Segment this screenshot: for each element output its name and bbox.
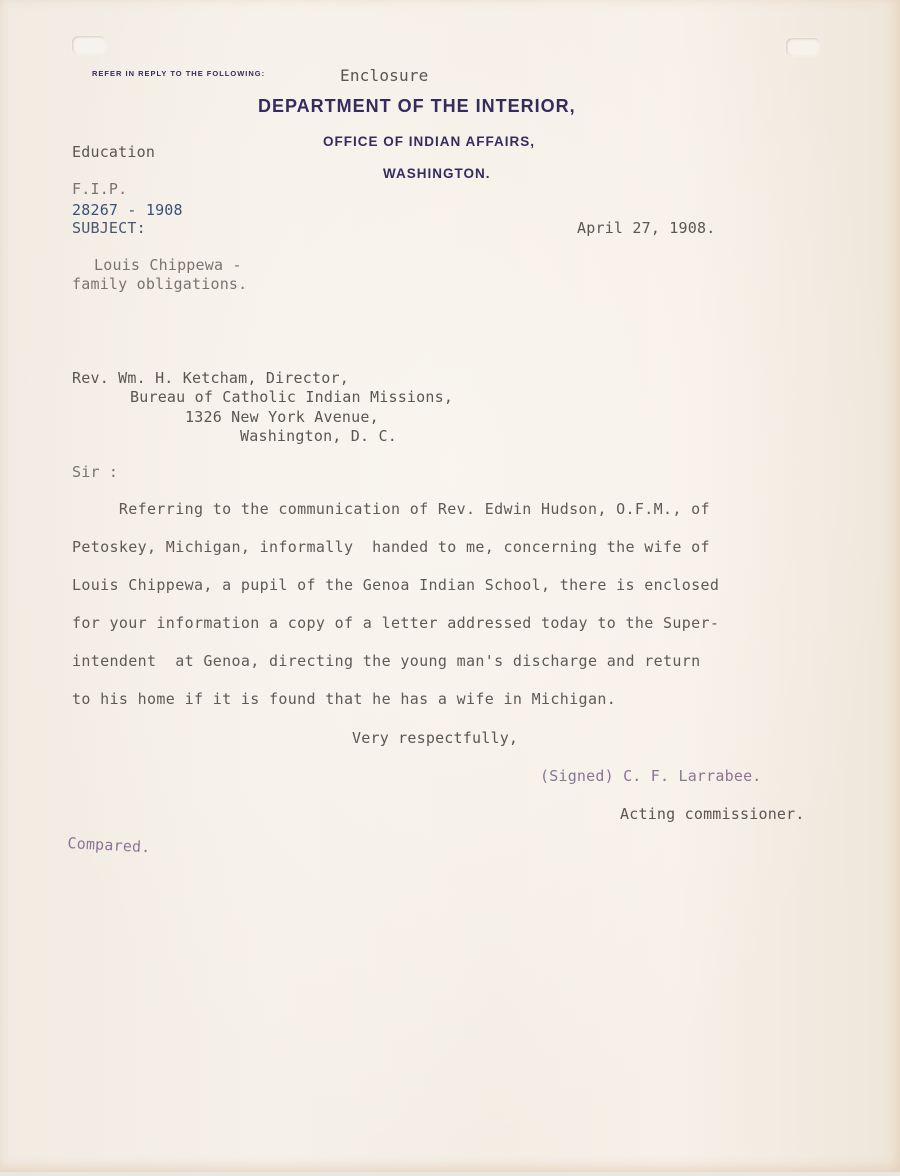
signature-title: Acting commissioner. [620,805,805,823]
body-line-2: Petoskey, Michigan, informally handed to… [72,538,710,556]
department-heading: DEPARTMENT OF THE INTERIOR, [258,96,576,117]
letter-date: April 27, 1908. [577,219,715,237]
punch-hole-right [786,38,820,56]
body-line-6: to his home if it is found that he has a… [72,690,616,708]
refer-in-reply-line: REFER IN REPLY TO THE FOLLOWING: [92,69,265,78]
letter-page: REFER IN REPLY TO THE FOLLOWING: Enclosu… [0,0,900,1172]
city-heading: WASHINGTON. [383,166,491,181]
file-number: 28267 - 1908 [72,201,183,219]
subject-label: SUBJECT: [72,219,146,237]
closing: Very respectfully, [352,729,518,747]
body-line-1: Referring to the communication of Rev. E… [72,500,710,518]
subject-line-2: family obligations. [72,275,247,293]
subject-line-1: Louis Chippewa - [94,256,242,274]
division-label: Education [72,143,155,161]
body-line-4: for your information a copy of a letter … [72,614,719,632]
body-line-5: intendent at Genoa, directing the young … [72,652,701,670]
body-line-3: Louis Chippewa, a pupil of the Genoa Ind… [72,576,719,594]
addressee-line-1: Rev. Wm. H. Ketcham, Director, [72,369,349,387]
salutation: Sir : [72,463,118,481]
signature-signed: (Signed) C. F. Larrabee. [540,767,762,785]
punch-hole-left [72,36,106,54]
addressee-line-2: Bureau of Catholic Indian Missions, [130,388,453,406]
office-heading: OFFICE OF INDIAN AFFAIRS, [323,134,535,149]
initials-label: F.I.P. [72,180,127,198]
compared-stamp: Compared. [67,834,151,856]
addressee-line-3: 1326 New York Avenue, [185,408,379,426]
enclosure-label: Enclosure [340,66,429,85]
scan-edge [0,1172,900,1176]
addressee-line-4: Washington, D. C. [240,427,397,445]
